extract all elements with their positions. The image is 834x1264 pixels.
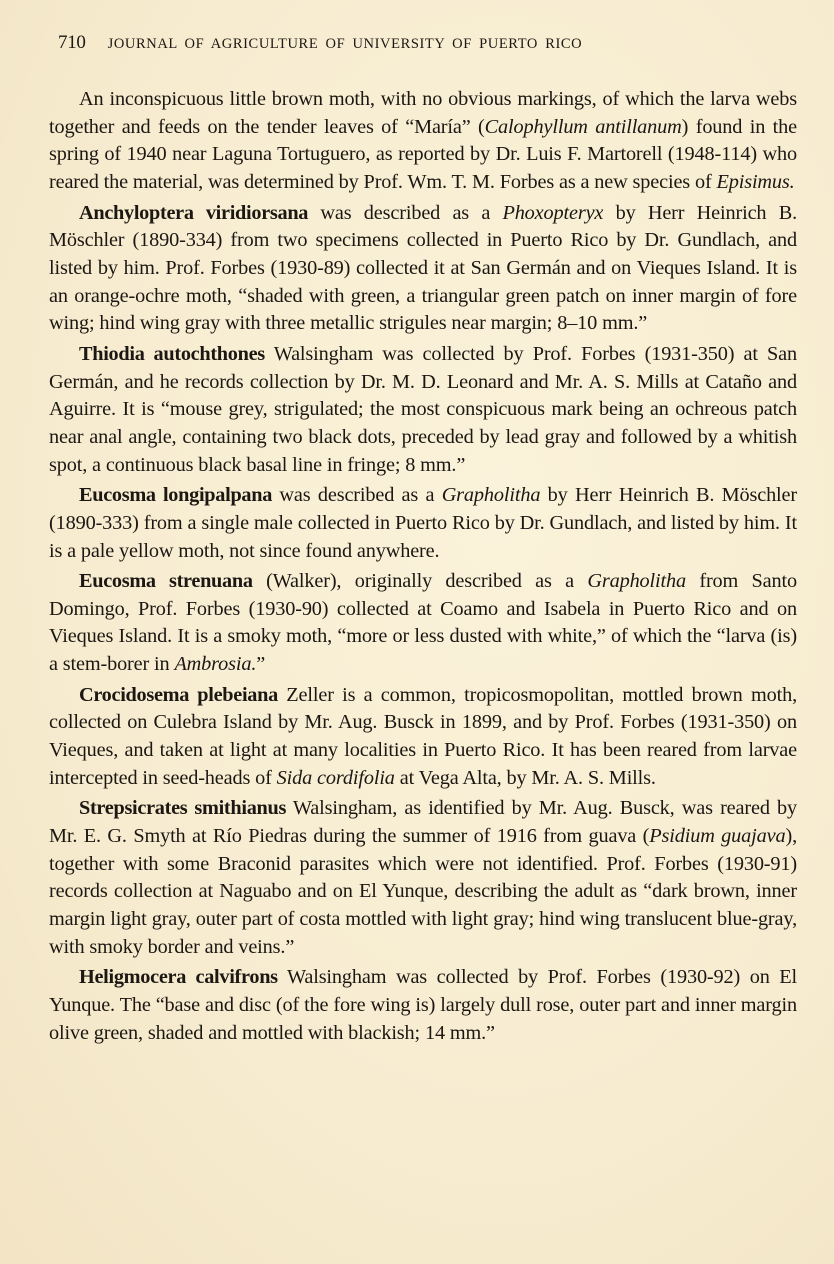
genus-name: Phoxopteryx <box>502 202 603 224</box>
taxon-name: Calophyllum antillanum <box>485 116 682 138</box>
running-head: 710 JOURNAL OF AGRICULTURE OF UNIVERSITY… <box>58 32 798 54</box>
genus-name: Episimus. <box>716 171 794 193</box>
journal-page: 710 JOURNAL OF AGRICULTURE OF UNIVERSITY… <box>0 0 834 1264</box>
journal-title: JOURNAL OF AGRICULTURE OF UNIVERSITY OF … <box>108 36 583 53</box>
paragraph-strepsicrates: Strepsicrates smithianus Walsingham, as … <box>49 795 797 961</box>
genus-name: Ambrosia. <box>174 653 256 675</box>
article-body: An inconspicuous little brown moth, with… <box>49 86 797 1047</box>
paragraph-heligmocera: Heligmocera calvifrons Walsingham was co… <box>49 964 797 1047</box>
text-segment: at Vega Alta, by Mr. A. S. Mills. <box>395 767 656 789</box>
genus-name: Grapholitha <box>587 570 686 592</box>
paragraph-thiodia: Thiodia autochthones Walsingham was coll… <box>49 341 797 479</box>
species-heading: Eucosma longipalpana <box>79 484 272 506</box>
species-heading: Anchyloptera viridiorsana <box>79 202 308 224</box>
paragraph-eucosma-strenuana: Eucosma strenuana (Walker), originally d… <box>49 568 797 679</box>
taxon-name: Sida cordifolia <box>277 767 395 789</box>
text-segment: ” <box>256 653 265 675</box>
text-segment: was described as a <box>272 484 442 506</box>
paragraph-eucosma-longipalpana: Eucosma longipalpana was described as a … <box>49 482 797 565</box>
text-segment: was described as a <box>308 202 502 224</box>
paragraph-anchyloptera: Anchyloptera viridiorsana was described … <box>49 200 797 338</box>
text-segment: (Walker), originally described as a <box>253 570 588 592</box>
genus-name: Grapholitha <box>442 484 541 506</box>
taxon-name: Psidium guajava <box>649 825 785 847</box>
species-heading: Thiodia autochthones <box>79 343 265 365</box>
paragraph-crocidosema: Crocidosema plebeiana Zeller is a common… <box>49 682 797 793</box>
paragraph-episimus: An inconspicuous little brown moth, with… <box>49 86 797 197</box>
species-heading: Eucosma strenuana <box>79 570 253 592</box>
species-heading: Crocidosema plebeiana <box>79 684 278 706</box>
species-heading: Strepsicrates smithianus <box>79 797 286 819</box>
species-heading: Heligmocera calvifrons <box>79 966 278 988</box>
page-number: 710 <box>58 32 86 54</box>
